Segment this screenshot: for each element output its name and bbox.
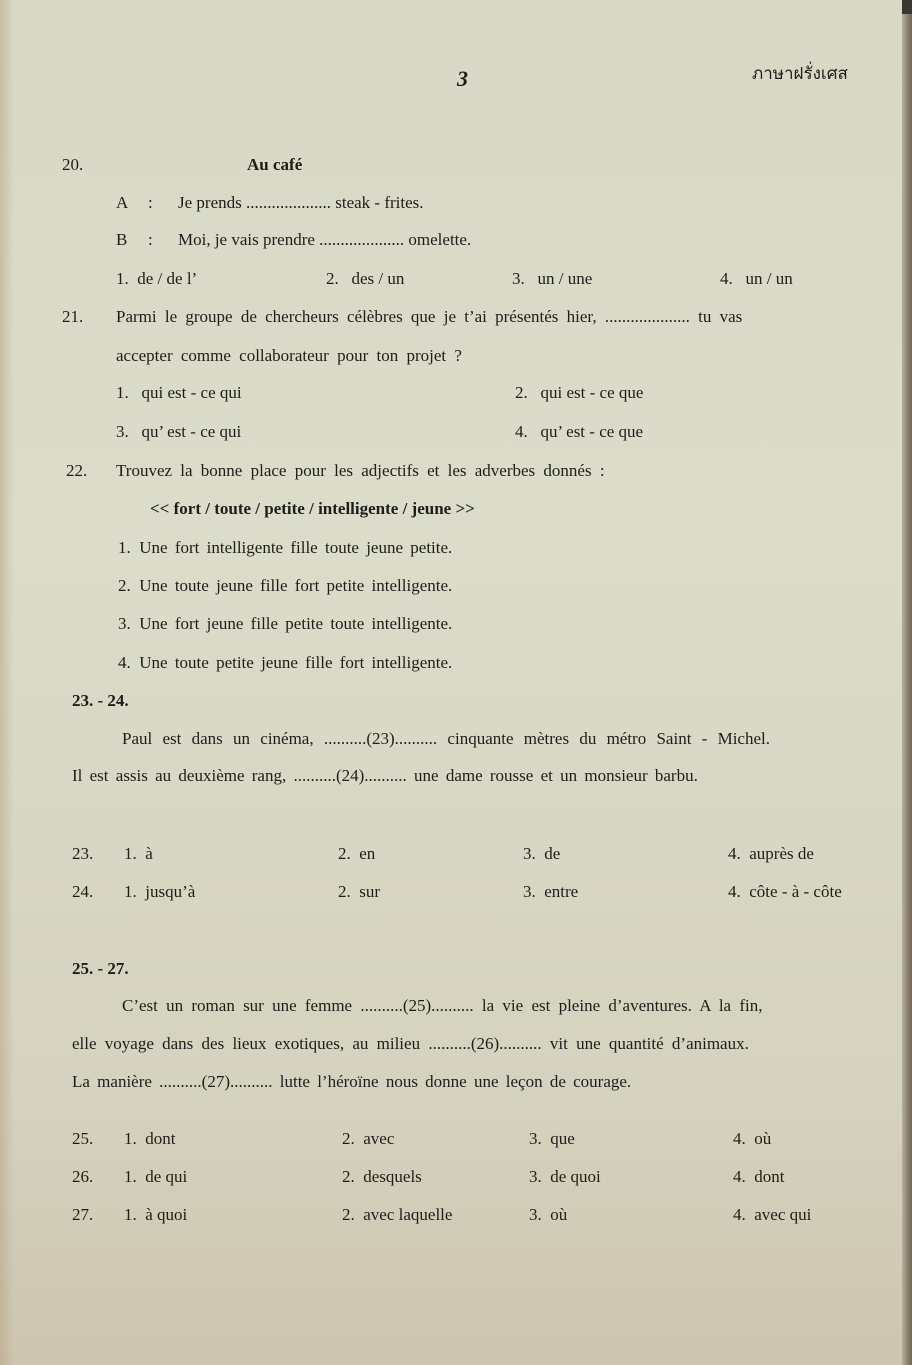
option-text: avec [363, 1129, 394, 1148]
option-3[interactable]: 3. entre [523, 881, 578, 903]
option-number: 1. [124, 1205, 137, 1224]
option-text: de [544, 844, 560, 863]
option-3[interactable]: 3. que [529, 1128, 575, 1150]
option-1[interactable]: 1. de / de l’ [116, 268, 197, 290]
option-1[interactable]: 1. dont [124, 1128, 175, 1150]
option-number: 2. [515, 383, 528, 402]
option-text: dont [754, 1167, 784, 1186]
option-text: que [550, 1129, 575, 1148]
option-text: Une toute jeune fille fort petite intell… [139, 576, 452, 595]
option-text: jusqu’à [145, 882, 195, 901]
option-number: 2. [342, 1129, 355, 1148]
option-4[interactable]: 4. auprès de [728, 843, 814, 865]
option-number: 1. [124, 844, 137, 863]
option-number: 2. [338, 882, 351, 901]
option-text: dont [145, 1129, 175, 1148]
option-text: à quoi [145, 1205, 187, 1224]
dialogue-separator: : [148, 229, 153, 251]
option-4[interactable]: 4. dont [733, 1166, 784, 1188]
option-number: 3. [529, 1167, 542, 1186]
page-edge [902, 0, 912, 1365]
dialogue-speaker: B [116, 229, 127, 251]
option-text: qu’ est - ce que [541, 422, 644, 441]
option-number: 4. [728, 844, 741, 863]
option-number: 2. [342, 1167, 355, 1186]
option-text: en [359, 844, 375, 863]
option-text: desquels [363, 1167, 422, 1186]
page-edge-corner [902, 0, 912, 14]
option-number: 3. [512, 269, 525, 288]
option-text: un / un [746, 269, 793, 288]
option-text: à [145, 844, 153, 863]
passage-line: Il est assis au deuxième rang, .........… [72, 765, 698, 787]
page-number: 3 [457, 68, 468, 90]
option-number: 3. [523, 844, 536, 863]
option-text: entre [544, 882, 578, 901]
option-text: de qui [145, 1167, 187, 1186]
question-number: 22. [66, 460, 87, 482]
option-2[interactable]: 2. en [338, 843, 375, 865]
option-3[interactable]: 3. qu’ est - ce qui [116, 421, 241, 443]
option-text: Une fort jeune fille petite toute intell… [139, 614, 452, 633]
option-number: 4. [118, 653, 131, 672]
option-number: 1. [124, 1129, 137, 1148]
option-number: 3. [529, 1129, 542, 1148]
option-number: 1. [118, 538, 131, 557]
option-4[interactable]: 4. Une toute petite jeune fille fort int… [118, 652, 452, 674]
passage-line: La manière ..........(27).......... lutt… [72, 1071, 631, 1093]
option-2[interactable]: 2. avec laquelle [342, 1204, 452, 1226]
option-1[interactable]: 1. jusqu’à [124, 881, 195, 903]
option-text: de quoi [550, 1167, 601, 1186]
option-4[interactable]: 4. avec qui [733, 1204, 811, 1226]
option-text: un / une [538, 269, 593, 288]
option-text: où [754, 1129, 771, 1148]
question-title: Au café [247, 154, 302, 176]
option-number: 2. [338, 844, 351, 863]
option-3[interactable]: 3. un / une [512, 268, 592, 290]
option-text: Une toute petite jeune fille fort intell… [139, 653, 452, 672]
option-text: côte - à - côte [749, 882, 842, 901]
question-number: 20. [62, 154, 83, 176]
passage-line: elle voyage dans des lieux exotiques, au… [72, 1033, 749, 1055]
option-number: 3. [118, 614, 131, 633]
option-number: 1. [116, 383, 129, 402]
option-number: 3. [523, 882, 536, 901]
option-3[interactable]: 3. de [523, 843, 560, 865]
option-number: 4. [515, 422, 528, 441]
option-2[interactable]: 2. des / un [326, 268, 404, 290]
option-number: 1. [116, 269, 129, 288]
option-number: 3. [529, 1205, 542, 1224]
option-2[interactable]: 2. sur [338, 881, 380, 903]
option-number: 3. [116, 422, 129, 441]
option-number: 4. [733, 1167, 746, 1186]
option-1[interactable]: 1. de qui [124, 1166, 187, 1188]
question-number: 24. [72, 881, 93, 903]
option-number: 2. [118, 576, 131, 595]
option-2[interactable]: 2. qui est - ce que [515, 382, 643, 404]
question-number: 26. [72, 1166, 93, 1188]
dialogue-separator: : [148, 192, 153, 214]
option-text: sur [359, 882, 380, 901]
question-number: 25. [72, 1128, 93, 1150]
option-3[interactable]: 3. de quoi [529, 1166, 601, 1188]
option-1[interactable]: 1. à [124, 843, 153, 865]
passage-line: C’est un roman sur une femme ..........(… [122, 995, 762, 1017]
option-2[interactable]: 2. avec [342, 1128, 394, 1150]
question-number: 23. [72, 843, 93, 865]
dialogue-line: Je prends .................... steak - f… [178, 192, 424, 214]
question-text: accepter comme collaborateur pour ton pr… [116, 345, 462, 367]
option-4[interactable]: 4. un / un [720, 268, 793, 290]
option-text: qui est - ce que [541, 383, 644, 402]
option-text: qu’ est - ce qui [142, 422, 242, 441]
option-number: 2. [326, 269, 339, 288]
option-3[interactable]: 3. Une fort jeune fille petite toute int… [118, 613, 452, 635]
option-3[interactable]: 3. où [529, 1204, 567, 1226]
option-1[interactable]: 1. à quoi [124, 1204, 187, 1226]
question-number: 21. [62, 306, 83, 328]
option-number: 2. [342, 1205, 355, 1224]
option-text: où [550, 1205, 567, 1224]
option-2[interactable]: 2. desquels [342, 1166, 422, 1188]
question-number: 27. [72, 1204, 93, 1226]
option-number: 4. [733, 1205, 746, 1224]
option-4[interactable]: 4. où [733, 1128, 771, 1150]
dialogue-speaker: A [116, 192, 128, 214]
option-text: auprès de [749, 844, 814, 863]
option-text: des / un [352, 269, 405, 288]
dialogue-line: Moi, je vais prendre ...................… [178, 229, 471, 251]
passage-line: Paul est dans un cinéma, ..........(23).… [122, 728, 770, 750]
question-text: Trouvez la bonne place pour les adjectif… [116, 460, 605, 482]
option-number: 1. [124, 1167, 137, 1186]
option-1[interactable]: 1. Une fort intelligente fille toute jeu… [118, 537, 452, 559]
option-2[interactable]: 2. Une toute jeune fille fort petite int… [118, 575, 452, 597]
option-text: de / de l’ [137, 269, 197, 288]
question-heading: 23. - 24. [72, 690, 129, 712]
option-4[interactable]: 4. côte - à - côte [728, 881, 842, 903]
option-text: qui est - ce qui [142, 383, 242, 402]
option-number: 4. [720, 269, 733, 288]
option-4[interactable]: 4. qu’ est - ce que [515, 421, 643, 443]
option-text: avec laquelle [363, 1205, 452, 1224]
question-heading: 25. - 27. [72, 958, 129, 980]
subject-title: ภาษาฝรั่งเศส [752, 63, 848, 85]
page-shadow-left [0, 0, 14, 1365]
option-1[interactable]: 1. qui est - ce qui [116, 382, 242, 404]
option-number: 4. [733, 1129, 746, 1148]
option-number: 4. [728, 882, 741, 901]
word-list: << fort / toute / petite / intelligente … [150, 498, 475, 520]
option-text: Une fort intelligente fille toute jeune … [139, 538, 452, 557]
option-number: 1. [124, 882, 137, 901]
question-text: Parmi le groupe de chercheurs célèbres q… [116, 306, 742, 328]
option-text: avec qui [754, 1205, 811, 1224]
